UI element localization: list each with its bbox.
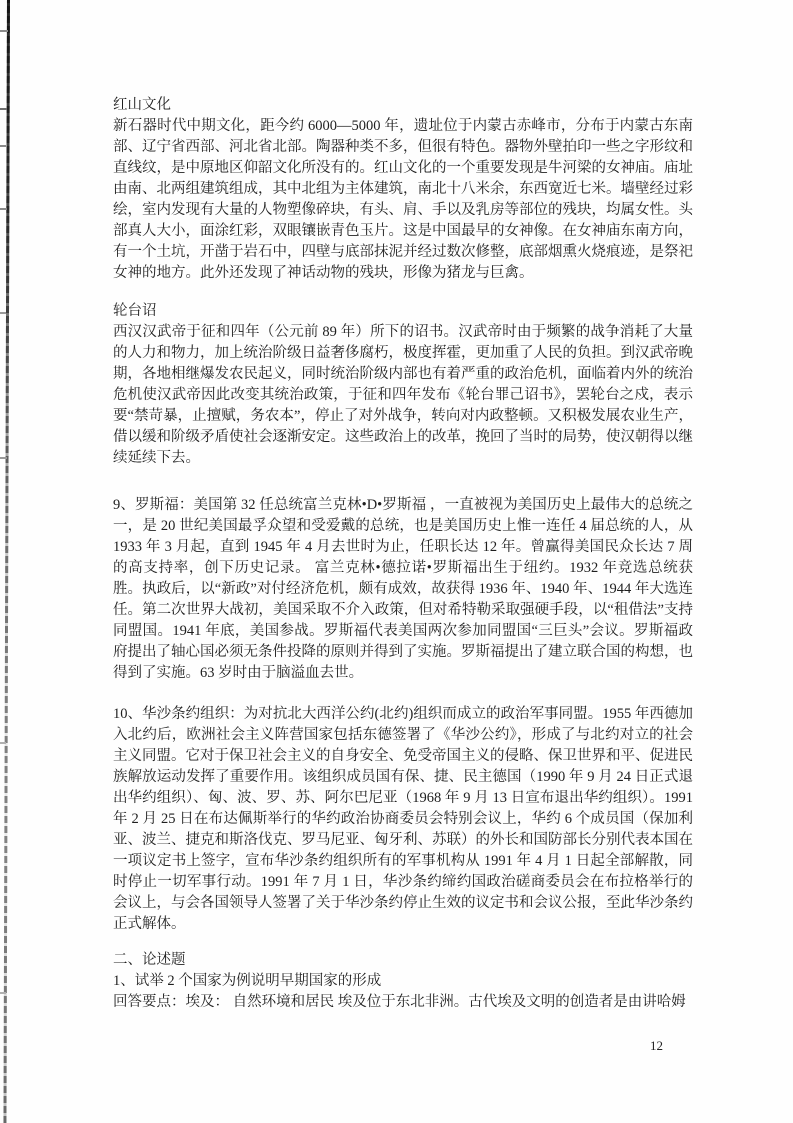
section-body-warsaw-pact: 10、华沙条约组织：为对抗北大西洋公约(北约)组织而成立的政治军事同盟。1955… <box>113 704 693 935</box>
essay-answer-points: 回答要点：埃及： 自然环境和居民 埃及位于东北非洲。古代埃及文明的创造者是由讲哈… <box>113 992 693 1013</box>
scan-tick <box>0 145 6 147</box>
section-body-roosevelt: 9、罗斯福：美国第 32 任总统富兰克林•D•罗斯福 ，一直被视为美国历史上最伟… <box>113 495 693 684</box>
section-hongshan-culture: 红山文化 新石器时代中期文化，距今约 6000—5000 年，遗址位于内蒙古赤峰… <box>113 95 693 284</box>
document-page: 红山文化 新石器时代中期文化，距今约 6000—5000 年，遗址位于内蒙古赤峰… <box>0 0 793 1123</box>
section-body-hongshan: 新石器时代中期文化，距今约 6000—5000 年，遗址位于内蒙古赤峰市，分布于… <box>113 116 693 284</box>
section-body-luntai: 西汉汉武帝于征和四年（公元前 89 年）所下的诏书。汉武帝时由于频繁的战争消耗了… <box>113 322 693 469</box>
scan-tick <box>0 992 6 994</box>
page-number: 12 <box>650 1038 663 1054</box>
section-essay-questions: 二、论述题 1、试举 2 个国家为例说明早期国家的形成 回答要点：埃及： 自然环… <box>113 950 693 1013</box>
page-content: 红山文化 新石器时代中期文化，距今约 6000—5000 年，遗址位于内蒙古赤峰… <box>113 95 693 1013</box>
essay-section-heading: 二、论述题 <box>113 950 693 971</box>
section-heading-luntai: 轮台诏 <box>113 301 693 322</box>
scan-tick <box>0 208 7 210</box>
scan-tick <box>0 30 8 32</box>
scan-tick <box>0 457 7 459</box>
scan-tick <box>0 742 6 744</box>
scan-tick <box>0 312 6 314</box>
section-luntai-edict: 轮台诏 西汉汉武帝于征和四年（公元前 89 年）所下的诏书。汉武帝时由于频繁的战… <box>113 301 693 469</box>
scan-edge-artifact <box>3 0 10 1123</box>
section-heading-hongshan: 红山文化 <box>113 95 693 116</box>
section-item-10-warsaw-pact: 10、华沙条约组织：为对抗北大西洋公约(北约)组织而成立的政治军事同盟。1955… <box>113 704 693 935</box>
essay-question-1: 1、试举 2 个国家为例说明早期国家的形成 <box>113 971 693 992</box>
section-item-9-roosevelt: 9、罗斯福：美国第 32 任总统富兰克林•D•罗斯福 ，一直被视为美国历史上最伟… <box>113 495 693 684</box>
scan-tick <box>0 108 7 110</box>
